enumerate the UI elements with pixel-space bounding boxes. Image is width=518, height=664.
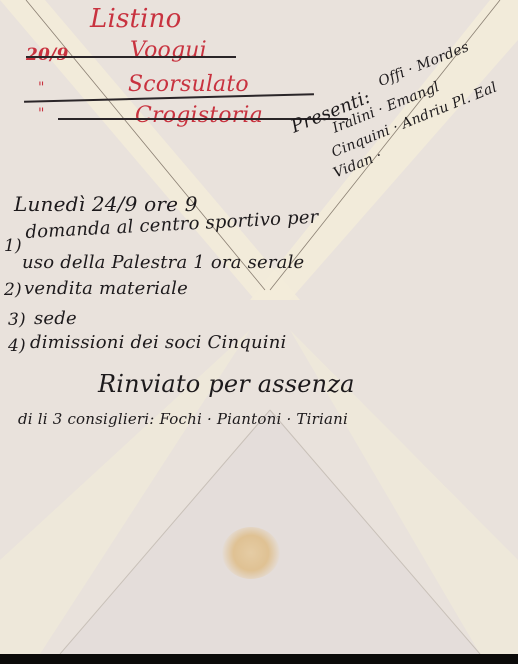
agenda-heading: Lunedì 24/9 ore 9 [14,192,198,216]
red-item-2: Scorsulato [128,72,249,97]
agenda-item-num: 3) [8,310,26,330]
agenda-item-num: 1) [4,236,22,256]
red-ditto-1: " [38,80,45,96]
stain-mark [222,527,280,579]
agenda-item-text: dimissioni dei soci Cinquini [30,332,286,353]
red-ditto-2: " [38,106,45,122]
red-date-struck: 20/9 [26,45,69,65]
absent-councillors: di li 3 consiglieri: Fochi · Piantoni · … [18,410,348,428]
agenda-item-text: sede [34,308,77,329]
red-item-1: Voogui [130,38,207,63]
agenda-item-text: uso della Palestra 1 ora serale [22,252,304,273]
agenda-item-num: 2) [4,280,22,300]
red-title: Listino [90,4,182,34]
agenda-item-num: 4) [8,336,26,356]
strikethrough-line [26,56,236,58]
postponed-note: Rinviato per assenza [98,370,355,398]
envelope-back: Listino 20/9 Voogui " Scorsulato " Crogi… [0,0,518,654]
agenda-item-text: vendita materiale [24,278,188,299]
scan-edge [0,654,518,664]
red-item-3: Crogistoria [135,103,263,128]
